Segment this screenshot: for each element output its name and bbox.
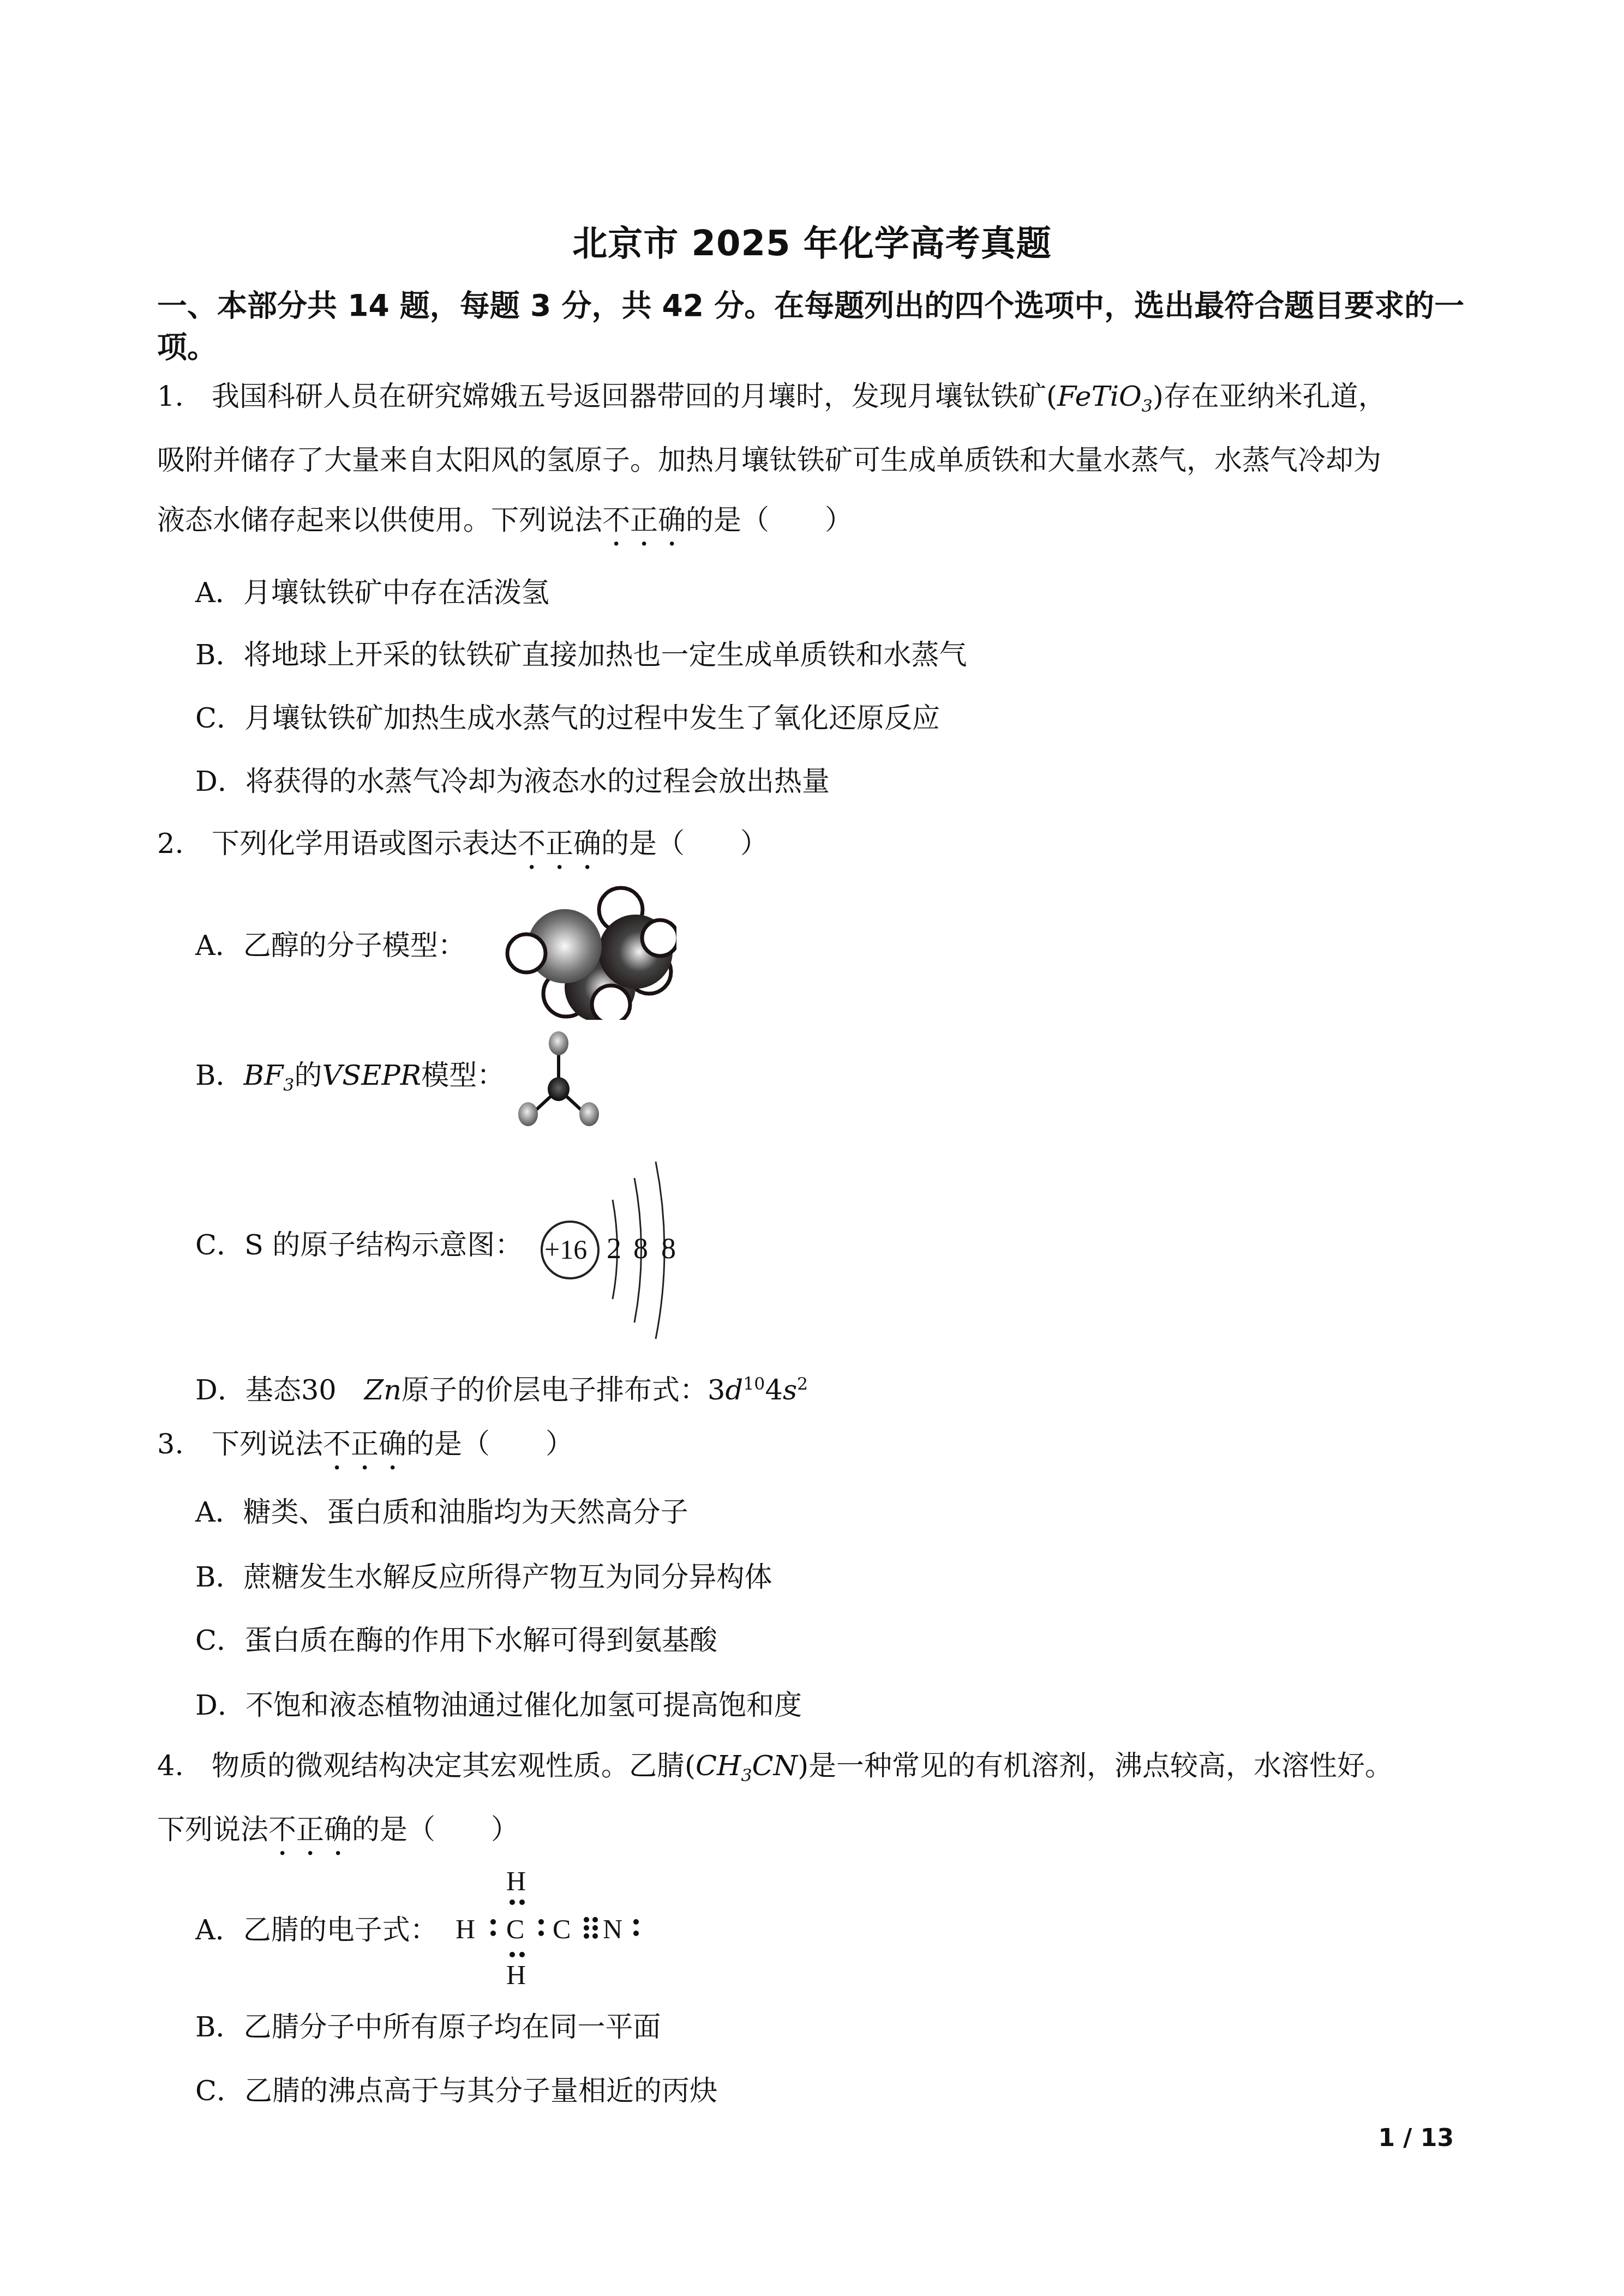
acetonitrile-lewis-structure: H H C C N H	[456, 1865, 652, 1991]
page-title: 北京市 2025 年化学高考真题	[0, 215, 1624, 266]
shell-2-electrons: 8	[633, 1231, 648, 1265]
nucleus-charge: +16	[544, 1234, 587, 1265]
shell-1-electrons: 2	[607, 1231, 621, 1265]
ethanol-model-figure	[486, 878, 676, 1020]
electron-configuration: 3d104s2	[708, 1374, 808, 1407]
question-4-line-1: 4.物质的微观结构决定其宏观性质。乙腈(CH3CN)是一种常见的有机溶剂，沸点较…	[157, 1750, 1393, 1792]
shell-3-electrons: 8	[661, 1231, 676, 1265]
q3-option-a: A．糖类、蛋白质和油脂均为天然高分子	[195, 1496, 688, 1529]
q1-option-a: A．月壤钛铁矿中存在活泼氢	[195, 577, 549, 610]
q3-option-d: D．不饱和液态植物油通过催化加氢可提高饱和度	[195, 1690, 802, 1722]
electron-dots	[456, 1865, 652, 1991]
q1-option-b: B．将地球上开采的钛铁矿直接加热也一定生成单质铁和水蒸气	[195, 639, 967, 672]
page-number: 1 / 13	[1378, 2124, 1454, 2152]
question-1-line-2: 吸附并储存了大量来自太阳风的氢原子。加热月壤钛铁矿可生成单质铁和大量水蒸气，水蒸…	[157, 444, 1381, 477]
question-number: 1.	[157, 381, 212, 413]
bf3-vsepr-figure	[502, 1028, 611, 1129]
question-1-line-1: 1.我国科研人员在研究嫦娥五号返回器带回的月壤时，发现月壤钛铁矿(FeTiO3)…	[157, 381, 1386, 423]
formula-bf3: BF3	[243, 1060, 294, 1092]
q3-option-c: C．蛋白质在酶的作用下水解可得到氨基酸	[195, 1625, 717, 1657]
emphasis-not-correct: 不正确	[602, 504, 686, 537]
formula-fetio3: FeTiO3	[1057, 381, 1153, 413]
q4-option-a: A．乙腈的电子式：	[195, 1914, 438, 1947]
question-3-stem: 3.下列说法不正确的是（ ）	[157, 1428, 573, 1477]
emphasis-not-correct: 不正确	[518, 828, 601, 860]
q2-option-a: A．乙醇的分子模型：	[195, 930, 466, 963]
question-4-line-2: 下列说法不正确的是（ ）	[157, 1814, 519, 1862]
sulfur-atom-diagram: +16 2 8 8	[540, 1151, 715, 1342]
q3-option-b: B．蔗糖发生水解反应所得产物互为同分异构体	[195, 1561, 772, 1594]
q1-option-d: D．将获得的水蒸气冷却为液态水的过程会放出热量	[195, 766, 830, 798]
section-heading: 一、本部分共 14 题，每题 3 分，共 42 分。在每题列出的四个选项中，选出…	[157, 285, 1488, 368]
emphasis-not-correct: 不正确	[323, 1428, 406, 1460]
q1-option-c: C．月壤钛铁矿加热生成水蒸气的过程中发生了氧化还原反应	[195, 702, 940, 735]
q4-option-b: B．乙腈分子中所有原子均在同一平面	[195, 2011, 661, 2044]
q2-option-c: C．S 的原子结构示意图：	[195, 1229, 523, 1262]
q4-option-c: C．乙腈的沸点高于与其分子量相近的丙炔	[195, 2075, 717, 2108]
question-1-line-3: 液态水储存起来以供使用。下列说法不正确的是（ ）	[157, 504, 853, 553]
emphasis-not-correct: 不正确	[268, 1814, 352, 1846]
q2-option-b: B．BF3的VSEPR模型：	[195, 1060, 505, 1102]
question-2-stem: 2.下列化学用语或图示表达不正确的是（ ）	[157, 828, 768, 876]
formula-ch3cn: CH3CN	[696, 1750, 798, 1782]
q2-option-d: D．基态30 Zn原子的价层电子排布式：3d104s2	[195, 1368, 808, 1407]
